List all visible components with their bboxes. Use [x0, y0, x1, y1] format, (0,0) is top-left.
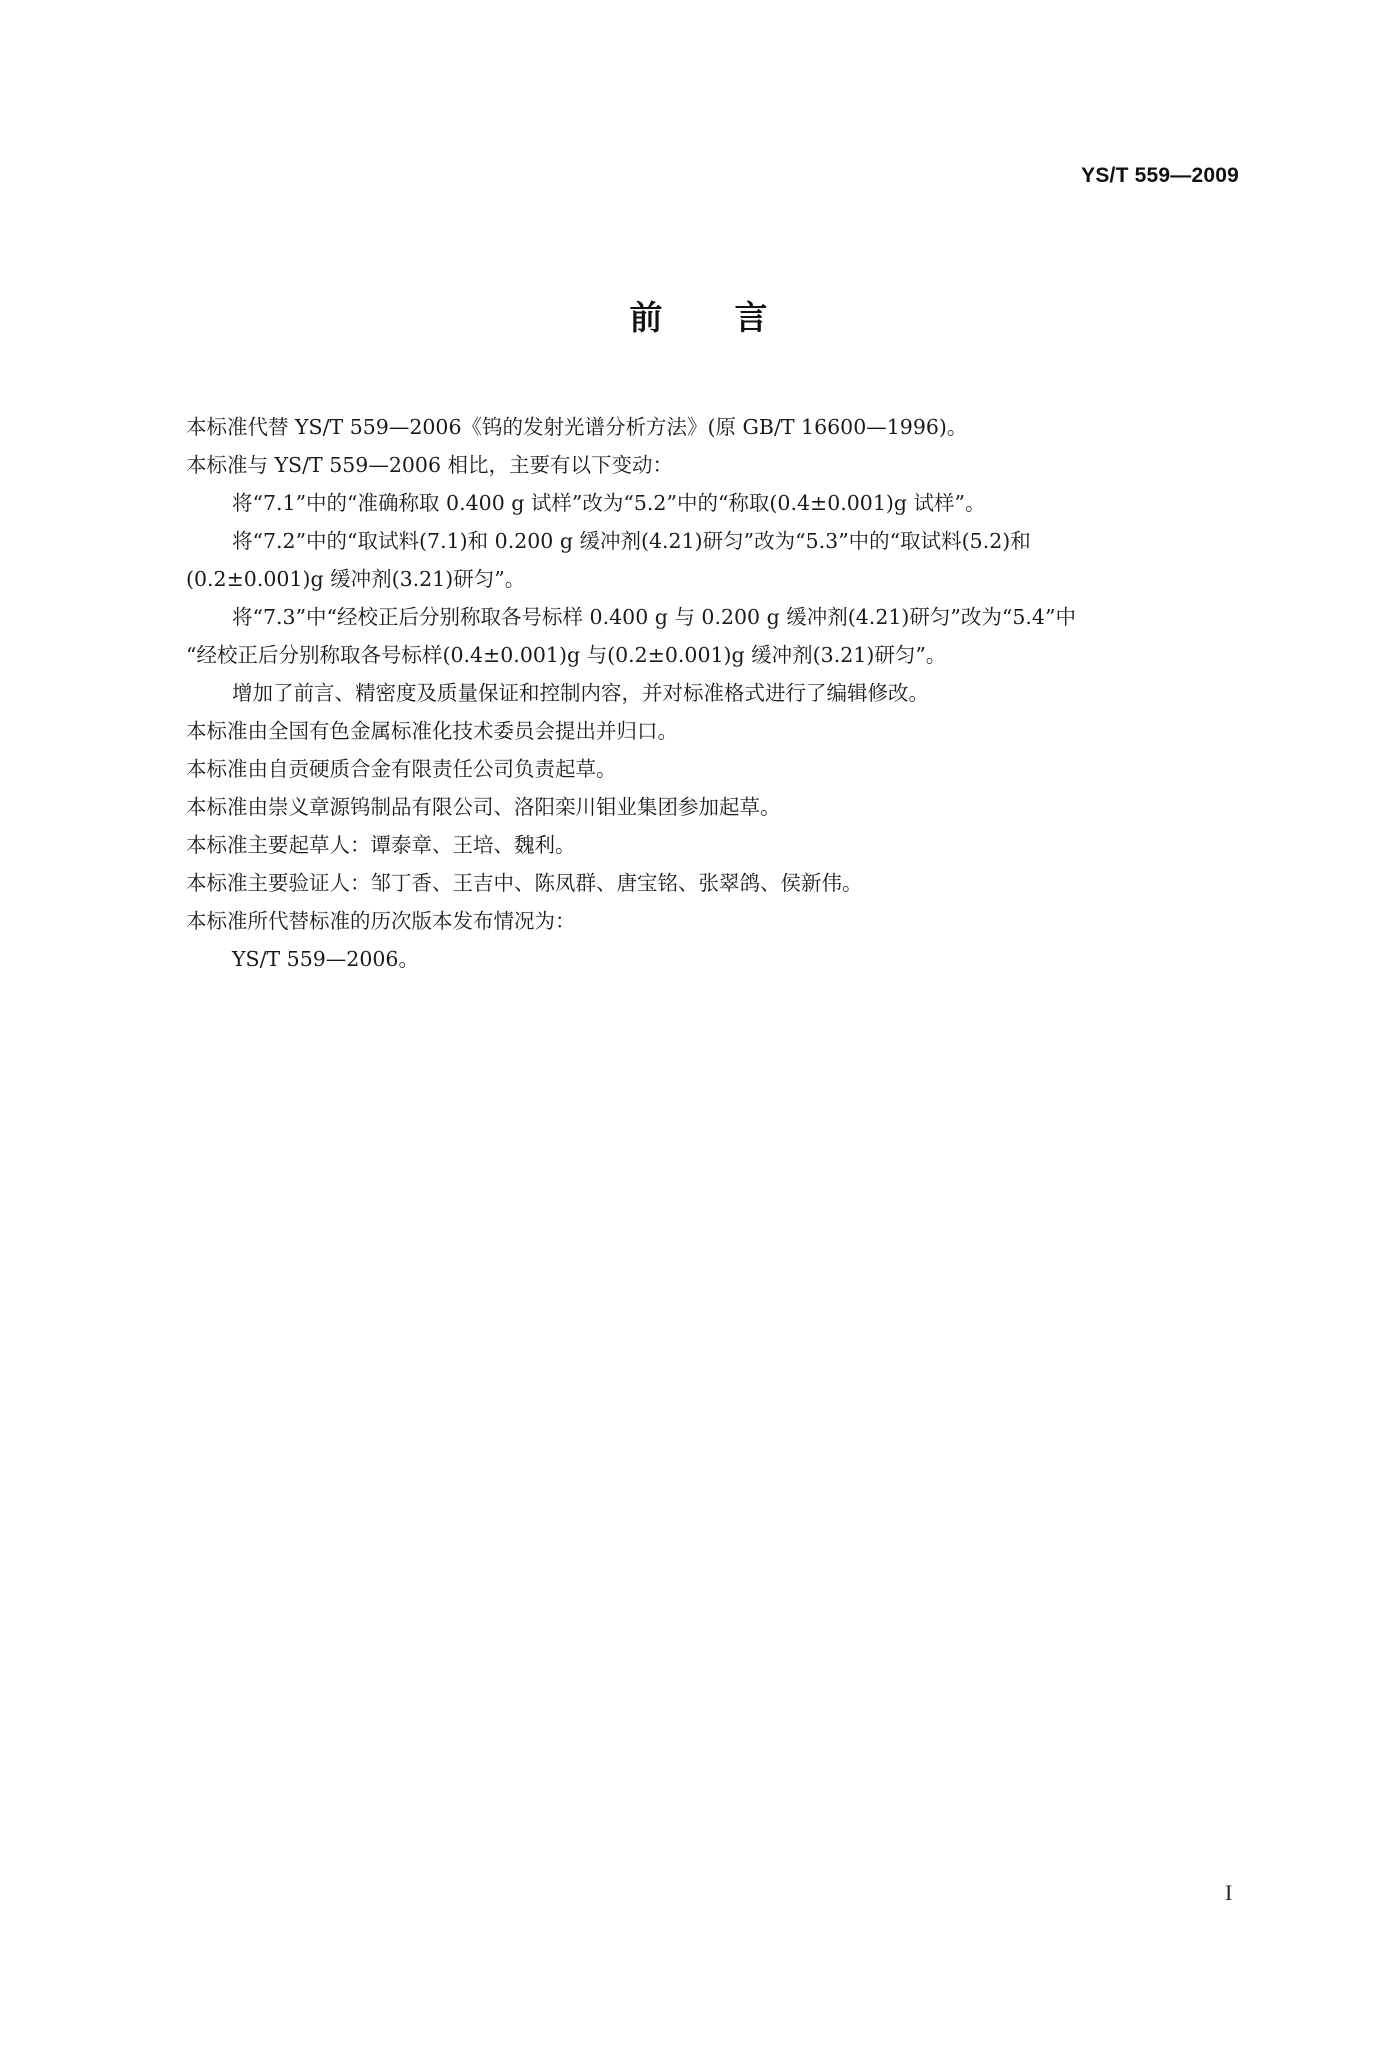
- body-line-change-7-1: 将“7.1”中的“准确称取 0.400 g 试样”改为“5.2”中的“称取(0.…: [186, 484, 1246, 522]
- body-line-added-content: 增加了前言、精密度及质量保证和控制内容，并对标准格式进行了编辑修改。: [186, 674, 1246, 712]
- body-line-change-7-3: 将“7.3”中“经校正后分别称取各号标样 0.400 g 与 0.200 g 缓…: [186, 598, 1246, 636]
- page-title: 前言: [0, 292, 1397, 339]
- body-line-changes-intro: 本标准与 YS/T 559—2006 相比，主要有以下变动：: [186, 446, 1246, 484]
- standard-number: YS/T 559—2009: [1081, 164, 1239, 188]
- foreword-body: 本标准代替 YS/T 559—2006《钨的发射光谱分析方法》(原 GB/T 1…: [186, 408, 1246, 978]
- body-line-drafted-by: 本标准由自贡硬质合金有限责任公司负责起草。: [186, 750, 1246, 788]
- body-line-replaces: 本标准代替 YS/T 559—2006《钨的发射光谱分析方法》(原 GB/T 1…: [186, 408, 1246, 446]
- body-line-main-verifiers: 本标准主要验证人：邹丁香、王吉中、陈凤群、唐宝铭、张翠鸽、侯新伟。: [186, 864, 1246, 902]
- body-line-history-intro: 本标准所代替标准的历次版本发布情况为：: [186, 902, 1246, 940]
- body-line-participated: 本标准由崇义章源钨制品有限公司、洛阳栾川钼业集团参加起草。: [186, 788, 1246, 826]
- body-line-proposed-by: 本标准由全国有色金属标准化技术委员会提出并归口。: [186, 712, 1246, 750]
- body-line-change-7-2: 将“7.2”中的“取试料(7.1)和 0.200 g 缓冲剂(4.21)研匀”改…: [186, 522, 1246, 560]
- document-page: YS/T 559—2009 前言 本标准代替 YS/T 559—2006《钨的发…: [0, 0, 1397, 2048]
- body-line-main-drafters: 本标准主要起草人：谭泰章、王培、魏利。: [186, 826, 1246, 864]
- body-line-change-7-3-cont: “经校正后分别称取各号标样(0.4±0.001)g 与(0.2±0.001)g …: [186, 636, 1246, 674]
- body-line-history-version: YS/T 559—2006。: [186, 940, 1246, 978]
- body-line-change-7-2-cont: (0.2±0.001)g 缓冲剂(3.21)研匀”。: [186, 560, 1246, 598]
- page-number: I: [1225, 1880, 1232, 1906]
